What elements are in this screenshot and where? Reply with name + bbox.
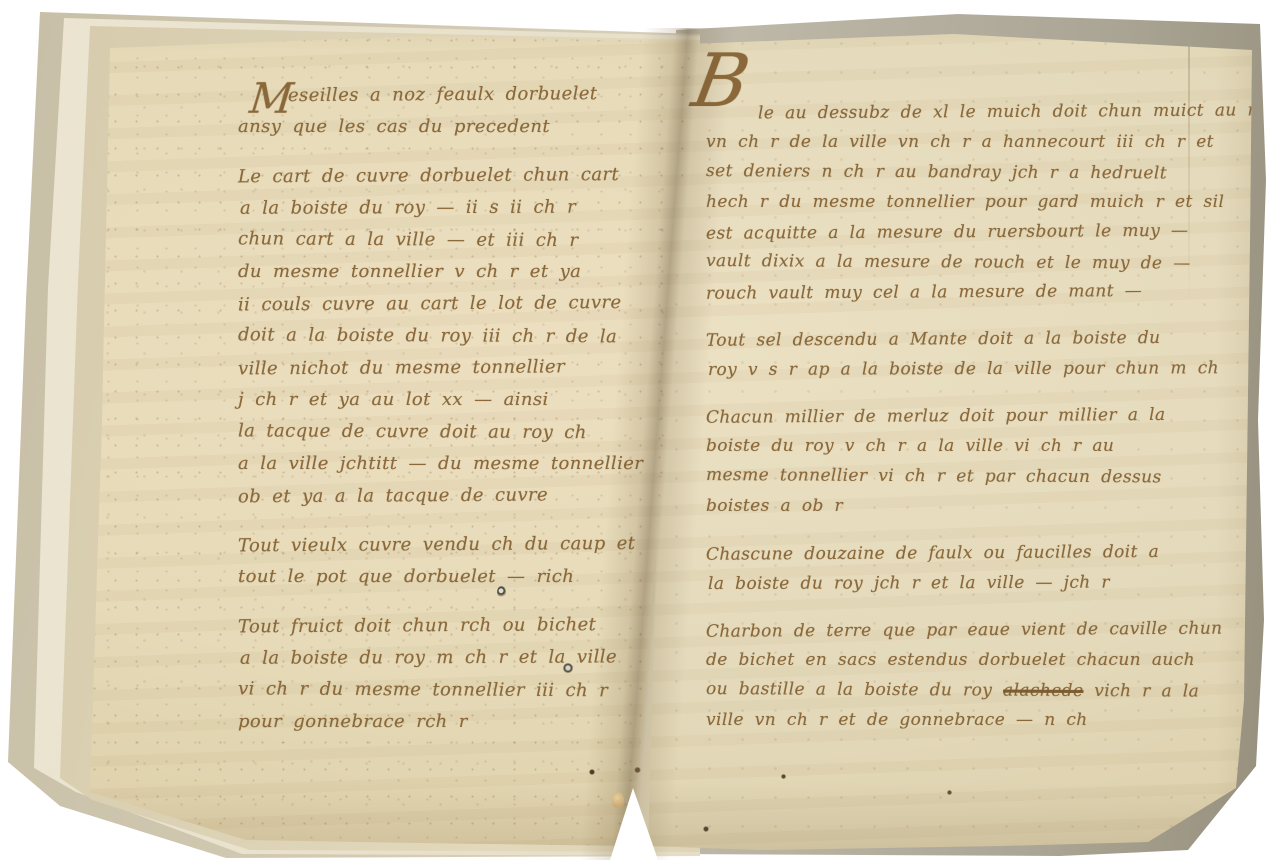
manuscript-line: vault dixix a la mesure de rouch et le m… <box>706 251 1272 284</box>
manuscript-paragraph: Tout sel descendu a Mante doit a la bois… <box>706 329 1272 389</box>
manuscript-line: eseilles a noz feaulx dorbuelet <box>238 83 690 118</box>
crossed-out-word: alachede <box>1003 681 1083 701</box>
manuscript-photo: B le au dessubz de xl le muich doit chun… <box>0 0 1280 860</box>
manuscript-line: ville vn ch r et de gonnebrace — n ch <box>706 710 1272 740</box>
ink-speck <box>589 769 595 775</box>
right-page-text: le au dessubz de xl le muich doit chun m… <box>706 102 1272 757</box>
manuscript-paragraph: Chacun millier de merluz doit pour milli… <box>706 406 1272 526</box>
ink-speck <box>781 774 786 779</box>
manuscript-line: set deniers n ch r au bandray jch r a he… <box>706 161 1272 194</box>
manuscript-text: vich r a la <box>1083 681 1199 702</box>
ink-speck <box>634 767 641 773</box>
manuscript-line: a la boiste du roy — ii s ii ch r <box>240 196 692 230</box>
manuscript-line: Le cart de cuvre dorbuelet chun cart <box>238 164 690 199</box>
manuscript-text: ou bastille a la boiste du roy <box>706 679 1003 701</box>
manuscript-paragraph: eseilles a noz feaulx dorbueletansy que … <box>238 84 690 148</box>
manuscript-line: mesme tonnellier vi ch r et par chacun d… <box>706 465 1272 498</box>
manuscript-paragraph: le au dessubz de xl le muich doit chun m… <box>706 102 1272 312</box>
worm-hole <box>497 586 506 598</box>
manuscript-line: boistes a ob r <box>706 496 1272 526</box>
ink-speck <box>703 826 709 832</box>
manuscript-line: la boiste du roy jch r et la ville — jch… <box>708 572 1274 604</box>
parchment-stain <box>612 792 624 808</box>
manuscript-line: Tout sel descendu a Mante doit a la bois… <box>706 327 1272 360</box>
manuscript-line: chun cart a la ville — et iii ch r <box>238 228 690 262</box>
manuscript-line: est acquitte a la mesure du ruersbourt l… <box>706 220 1272 253</box>
manuscript-paragraph: Charbon de terre que par eaue vient de c… <box>706 620 1272 740</box>
manuscript-line: de bichet en sacs estendus dorbuelet cha… <box>706 650 1272 680</box>
manuscript-line: le au dessubz de xl le muich doit chun m… <box>706 100 1272 133</box>
manuscript-line: rouch vault muy cel a la mesure de mant … <box>706 280 1272 313</box>
manuscript-line: Charbon de terre que par eaue vient de c… <box>706 618 1272 651</box>
manuscript-line: Chascune douzaine de faulx ou faucilles … <box>706 541 1272 574</box>
manuscript-line: ou bastille a la boiste du roy alachede … <box>706 679 1272 712</box>
manuscript-line: Chacun millier de merluz doit pour milli… <box>706 404 1272 437</box>
manuscript-line: boiste du roy v ch r a la ville vi ch r … <box>706 436 1272 466</box>
worm-hole <box>563 663 573 674</box>
manuscript-line: hech r du mesme tonnellier pour gard mui… <box>706 192 1272 222</box>
manuscript-line: ansy que les cas du precedent <box>238 116 690 148</box>
ink-speck <box>947 790 952 795</box>
manuscript-paragraph: Chascune douzaine de faulx ou faucilles … <box>706 543 1272 603</box>
manuscript-line: vn ch r de la ville vn ch r a hannecourt… <box>706 132 1272 162</box>
manuscript-line: roy v s r ap a la boiste de la ville pou… <box>708 358 1274 390</box>
